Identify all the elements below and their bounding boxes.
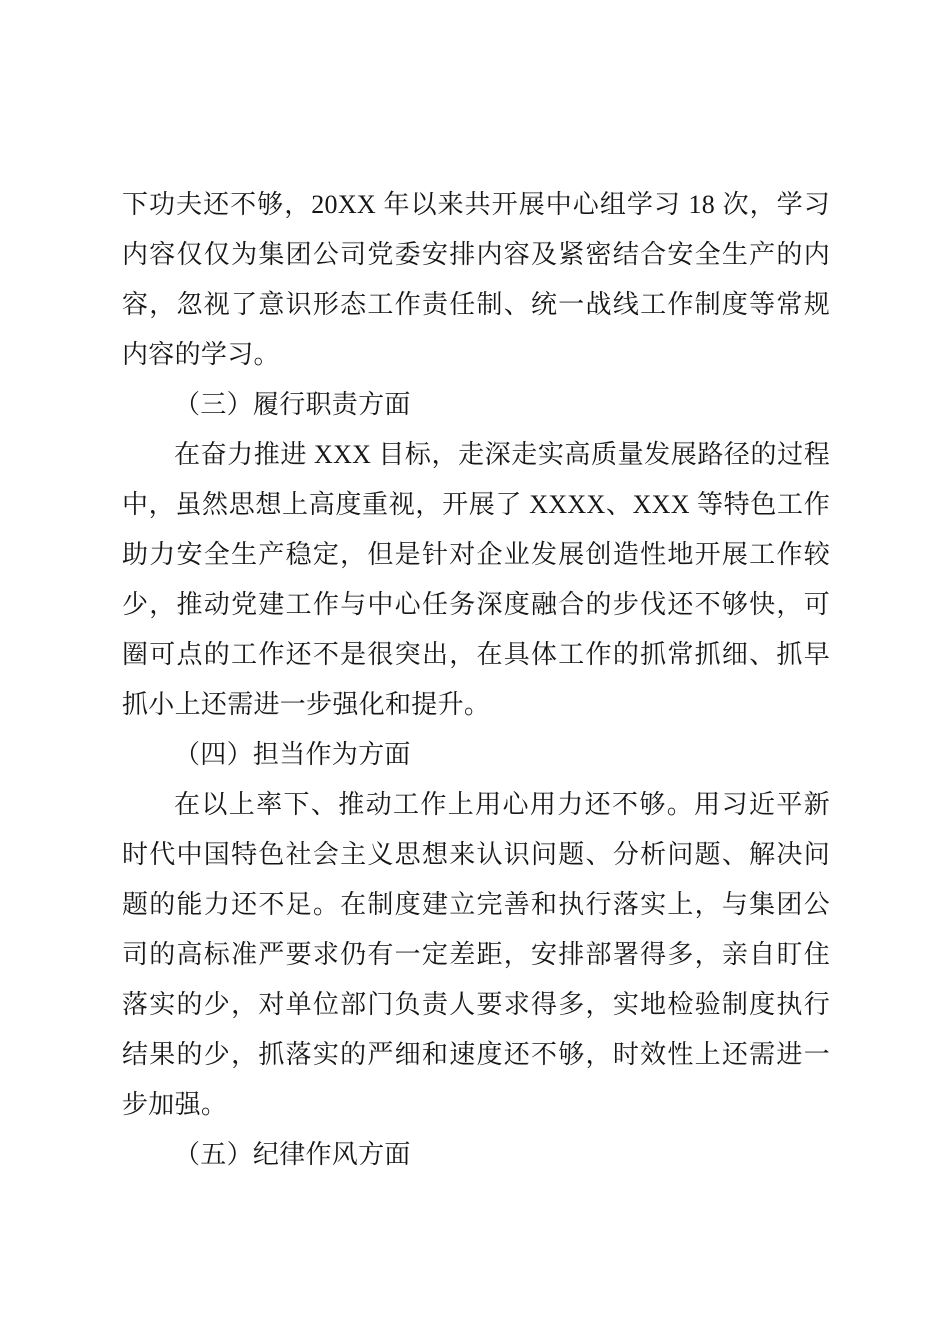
document-body: 下功夫还不够，20XX 年以来共开展中心组学习 18 次，学习内容仅仅为集团公司…: [122, 180, 830, 1180]
paragraph-duty-performance: 在奋力推进 XXX 目标，走深走实高质量发展路径的过程中，虽然思想上高度重视，开…: [122, 430, 830, 730]
section-heading-4-responsibility: （四）担当作为方面: [122, 730, 830, 780]
document-page: 下功夫还不够，20XX 年以来共开展中心组学习 18 次，学习内容仅仅为集团公司…: [0, 0, 950, 1344]
paragraph-continuation-learning: 下功夫还不够，20XX 年以来共开展中心组学习 18 次，学习内容仅仅为集团公司…: [122, 180, 830, 380]
section-heading-3-duty-performance: （三）履行职责方面: [122, 380, 830, 430]
section-heading-5-discipline-style: （五）纪律作风方面: [122, 1130, 830, 1180]
paragraph-responsibility: 在以上率下、推动工作上用心用力还不够。用习近平新时代中国特色社会主义思想来认识问…: [122, 780, 830, 1130]
